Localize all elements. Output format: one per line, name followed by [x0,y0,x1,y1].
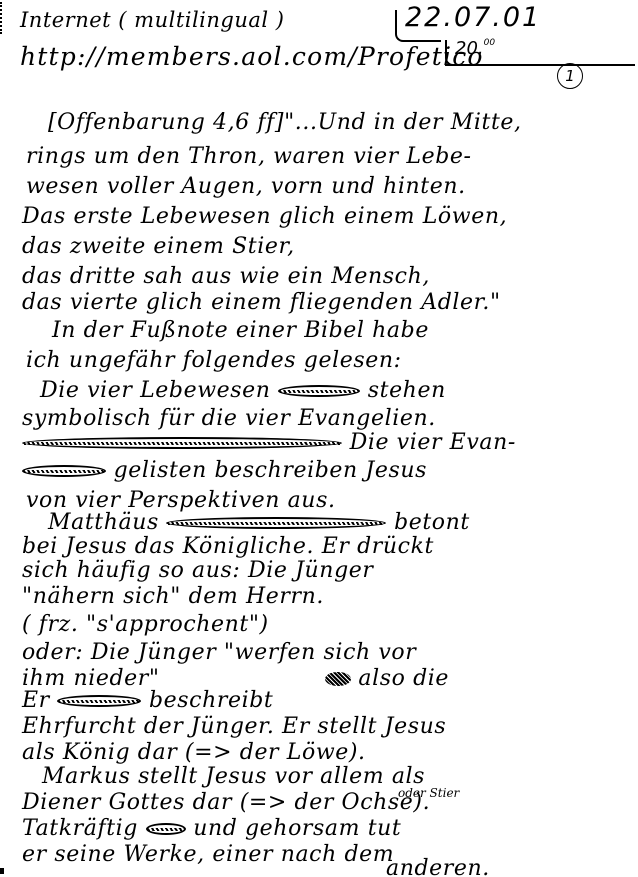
text-line: [Offenbarung 4,6 ff]"...Und in der Mitte… [48,112,522,134]
text-line: Ehrfurcht der Jünger. Er stellt Jesus [22,716,446,738]
time-text: 20.00 [455,38,495,59]
text-line: das dritte sah aus wie ein Mensch, [22,266,430,288]
text-line: Die vier Evan- [22,432,516,454]
text-line: sich häufig so aus: Die Jünger [22,560,374,582]
margin-insertion: oder Stier [398,787,459,799]
text-fragment: beschreibt [149,688,273,713]
text-line: rings um den Thron, waren vier Lebe- [26,146,472,168]
text-line: Markus stellt Jesus vor allem als [42,766,425,788]
text-line: er seine Werke, einer nach dem [22,844,394,866]
crossed-out-scribble [22,435,342,451]
crossed-out-scribble [57,693,141,709]
text-line: Die vier Lebewesen stehen [40,380,446,402]
text-line: wesen voller Augen, vorn und hinten. [26,176,466,198]
text-fragment: Er [22,688,50,713]
text-fragment: stehen [368,378,446,403]
time-main: 20. [455,38,484,59]
text-fragment: also die [358,666,449,691]
text-fragment: Matthäus [48,510,159,535]
time-superscript: 00 [484,38,495,48]
crossed-out-blot [325,672,351,686]
date-text: 22.07.01 [405,2,541,33]
date-box: 22.07.01 20.00 [395,2,635,64]
scan-edge-mark [0,868,4,874]
text-line: Das erste Lebewesen glich einem Löwen, [22,206,507,228]
text-line: oder: Die Jünger "werfen sich vor [22,642,416,664]
text-fragment: Tatkräftig [22,816,138,841]
page-number-circle: 1 [557,63,583,89]
text-fragment: Die vier Lebewesen [40,378,271,403]
text-line: bei Jesus das Königliche. Er drückt [22,536,434,558]
text-line: von vier Perspektiven aus. [26,490,336,512]
crossed-out-scribble [146,821,186,837]
text-line: anderen. [386,858,490,877]
text-fragment: Die vier Evan- [350,430,516,455]
text-fragment: betont [394,510,470,535]
text-line: Tatkräftig und gehorsam tut [22,818,401,840]
crossed-out-scribble [22,463,106,479]
text-line: ( frz. "s'approchent") [22,614,269,636]
text-line: Er beschreibt [22,690,273,712]
text-line: ihm nieder" also die [22,668,449,690]
text-line: ich ungefähr folgendes gelesen: [26,350,402,372]
scanned-page: Internet ( multilingual ) http://members… [0,0,638,877]
header-title: Internet ( multilingual ) [20,10,285,31]
crossed-out-scribble [278,383,360,399]
crossed-out-scribble [166,515,386,531]
text-fragment: gelisten beschreiben Jesus [114,458,427,483]
text-fragment: und gehorsam tut [193,816,401,841]
text-line: Diener Gottes dar (=> der Ochse). [22,792,430,814]
text-line: als König dar (=> der Löwe). [22,742,366,764]
text-line: das zweite einem Stier, [22,236,295,258]
scan-edge-mark [0,2,4,34]
underline-rule [445,64,635,66]
text-line: symbolisch für die vier Evangelien. [22,408,436,430]
text-line: In der Fußnote einer Bibel habe [52,320,429,342]
text-line: gelisten beschreiben Jesus [22,460,427,482]
text-line: Matthäus betont [48,512,470,534]
text-line: "nähern sich" dem Herrn. [22,586,324,608]
text-line: das vierte glich einem fliegenden Adler.… [22,292,501,314]
